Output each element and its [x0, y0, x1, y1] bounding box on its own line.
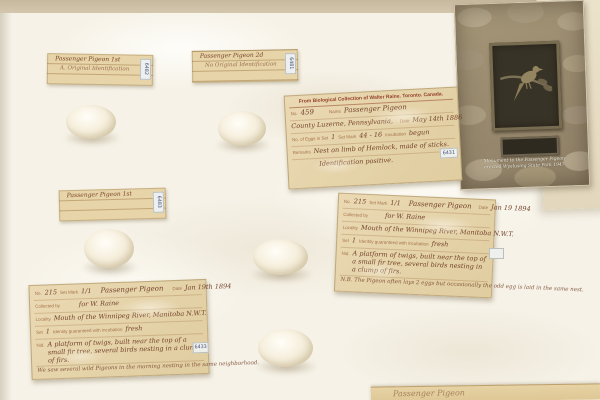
- field-label: Incubation: [385, 131, 406, 137]
- catalog-sticker: 6433: [192, 342, 208, 354]
- dedication-plate: [500, 136, 558, 157]
- bronze-plaque: [489, 40, 562, 131]
- strip-handwriting: Passenger Pigeon: [393, 388, 465, 398]
- field-label: Date: [478, 205, 488, 210]
- field-value: A platform of twigs, built near the top …: [47, 335, 203, 364]
- field-label: Date: [172, 286, 182, 291]
- strip-handwriting: Passenger Pigeon 1st: [67, 190, 132, 199]
- field-label: Set: [36, 330, 43, 335]
- specimen-egg-5: [258, 329, 313, 367]
- catalog-sticker: 6483: [153, 192, 165, 213]
- field-value: 1/1: [81, 287, 92, 295]
- field-value: Passenger Pigeon: [344, 103, 407, 114]
- field-label: No.: [290, 111, 297, 116]
- field-value: for W. Raine: [385, 212, 426, 222]
- catalog-sticker: 6431: [440, 148, 458, 159]
- field-value: Identification positive.: [319, 156, 393, 168]
- field-value: fresh: [125, 324, 142, 333]
- field-value: begun: [409, 128, 430, 137]
- field-label: Collected by: [35, 303, 60, 309]
- field-label: Identity guaranteed with incubation: [53, 327, 123, 334]
- field-label: Locality: [36, 316, 51, 322]
- field-label: Set Mark: [338, 134, 356, 140]
- strip-handwriting: Passenger Pigeon 2d: [200, 52, 264, 60]
- specimen-egg-3: [84, 229, 134, 268]
- field-label: No.: [344, 199, 351, 204]
- field-label: No.: [35, 291, 42, 296]
- field-value: 459: [300, 108, 314, 117]
- field-label: Remarks: [293, 149, 311, 155]
- field-value: fresh: [431, 240, 448, 249]
- label-strip-3: Passenger Pigeon 1st 6483: [59, 188, 167, 222]
- catalog-sticker: 6481: [285, 53, 296, 74]
- field-value: 1/1: [390, 199, 401, 207]
- specimen-egg-2: [218, 111, 266, 146]
- field-value: A platform of twigs, built near the top …: [352, 249, 488, 279]
- species-name: Passenger Pigeon: [409, 200, 472, 211]
- field-label: Nid.: [341, 251, 349, 256]
- field-label: Date: [400, 118, 410, 123]
- field-label: Locality: [343, 225, 358, 231]
- field-value: May 14th 1886: [412, 113, 462, 124]
- strip-handwriting: No Original Identification: [205, 61, 277, 68]
- field-label: Set: [342, 238, 349, 243]
- monument-photo: Monument to the Passenger Pigeon erected…: [454, 0, 590, 190]
- catalog-sticker: [489, 248, 504, 259]
- form-card-left: No. 215 Set Mark 1/1 Passenger Pigeon Da…: [28, 279, 209, 380]
- field-value: 215: [354, 197, 367, 206]
- field-value: 215: [45, 288, 58, 296]
- field-value: 1: [331, 133, 336, 141]
- field-label: Set Mark: [369, 200, 387, 206]
- specimen-egg-1: [66, 105, 116, 139]
- label-strip-1: Passenger Pigeon 1st A. Original Identif…: [47, 53, 154, 86]
- field-label: No. of Eggs in Set: [292, 135, 328, 142]
- field-value: 1: [46, 327, 50, 335]
- field-value: Jan 19th 1894: [185, 282, 232, 292]
- catalog-sticker: 6482: [140, 59, 151, 80]
- pigeon-relief-icon: [495, 47, 556, 125]
- raine-data-card: From Biological Collection of Walter Rai…: [284, 87, 463, 190]
- field-value: 44 - 16: [359, 131, 382, 140]
- field-label: Identity guaranteed with incubation: [359, 239, 429, 247]
- field-value: Jan 19 1894: [491, 203, 531, 213]
- strip-handwriting: Passenger Pigeon 1st: [55, 55, 120, 63]
- form-card-right: No. 215 Set Mark 1/1 Passenger Pigeon Da…: [334, 193, 496, 299]
- display-case: Monument to the Passenger Pigeon erected…: [0, 0, 600, 400]
- strip-handwriting: A. Original Identification: [60, 65, 129, 72]
- field-value: 1: [352, 236, 356, 244]
- field-label: Nid.: [36, 343, 44, 348]
- field-label: Collected by: [343, 212, 368, 218]
- species-name: Passenger Pigeon: [100, 284, 163, 294]
- label-strip-2: Passenger Pigeon 2d No Original Identifi…: [192, 49, 299, 83]
- field-label: Set Mark: [60, 289, 78, 295]
- bottom-label-strip: Passenger Pigeon: [371, 383, 600, 400]
- photo-caption: Monument to the Passenger Pigeon erected…: [468, 156, 581, 172]
- field-label: Name: [329, 109, 341, 115]
- field-value: for W. Raine: [79, 299, 119, 308]
- specimen-egg-4: [253, 239, 308, 275]
